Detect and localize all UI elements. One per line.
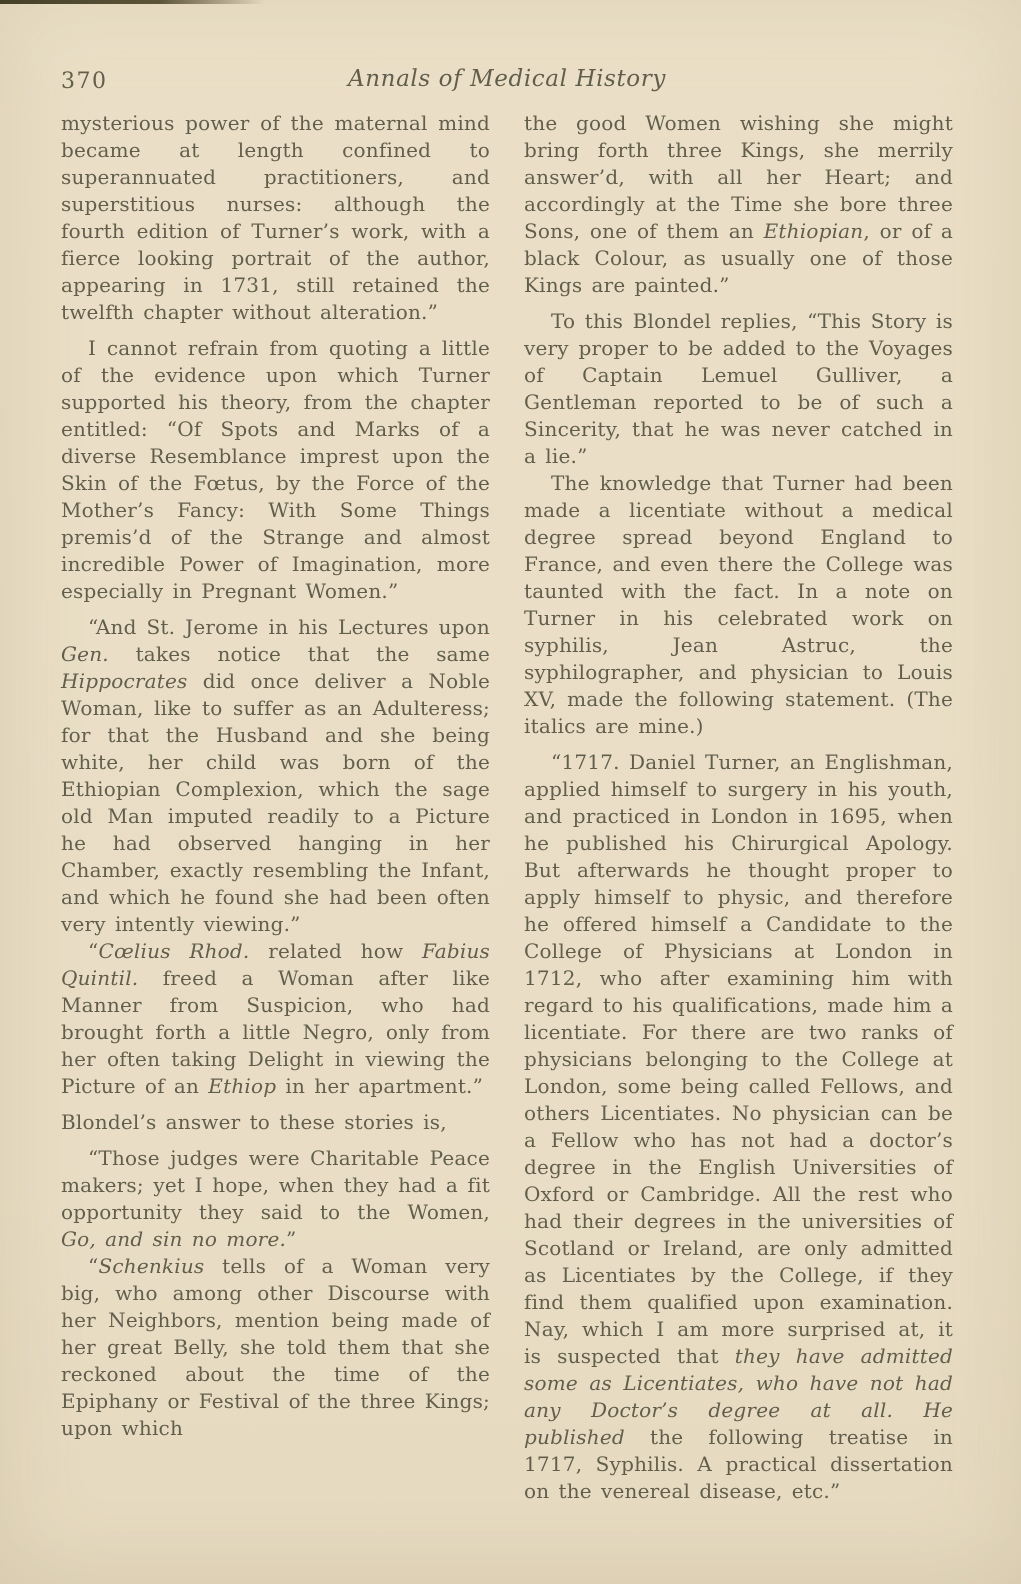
italic-text-segment: Hippoc­rates bbox=[61, 669, 188, 693]
text-segment: tells of a Woman very big, who among oth… bbox=[61, 1254, 490, 1440]
paragraph: To this Blondel replies, “This Story is … bbox=[524, 308, 953, 470]
text-segment: “ bbox=[88, 939, 98, 963]
text-segment: “Those judges were Charitable Peace make… bbox=[61, 1146, 490, 1224]
text-segment: I cannot refrain from quoting a little o… bbox=[61, 336, 490, 603]
paragraph: “Those judges were Charitable Peace make… bbox=[61, 1145, 490, 1253]
text-segment: related how bbox=[250, 939, 423, 963]
running-title: Annals of Medical History bbox=[61, 66, 953, 92]
text-segment: The knowledge that Turner had been made … bbox=[524, 471, 953, 738]
paragraph: the good Women wishing she might bring f… bbox=[524, 110, 953, 299]
text-segment: did once deliver a Noble Woman, like to … bbox=[61, 669, 490, 936]
italic-text-segment: Gen. bbox=[61, 642, 109, 666]
book-page: 370 Annals of Medical History mysterious… bbox=[0, 0, 1021, 1584]
paragraph: “Cœlius Rhod. related how Fabius Quintil… bbox=[61, 938, 490, 1100]
paragraph: Blondel’s answer to these stories is, bbox=[61, 1109, 490, 1136]
paragraph: mysterious power of the maternal mind be… bbox=[61, 110, 490, 326]
italic-text-segment: Cœlius Rhod. bbox=[98, 939, 249, 963]
italic-text-segment: Ethiop bbox=[208, 1074, 276, 1098]
text-segment: “ bbox=[88, 1254, 98, 1278]
paragraph: “And St. Jerome in his Lectures upon Gen… bbox=[61, 614, 490, 938]
text-segment: Blondel’s answer to these stories is, bbox=[61, 1110, 447, 1134]
page-header: 370 Annals of Medical History bbox=[61, 66, 953, 98]
right-column: the good Women wishing she might bring f… bbox=[524, 110, 953, 1505]
italic-text-segment: Go, and sin no more. bbox=[61, 1227, 286, 1251]
text-segment: takes notice that the same bbox=[109, 642, 490, 666]
text-segment: To this Blondel replies, “This Story is … bbox=[524, 309, 953, 468]
text-segment: “And St. Jerome in his Lectures upon bbox=[88, 615, 490, 639]
text-segment: “1717. Daniel Turner, an Englishman, app… bbox=[524, 750, 953, 1368]
paragraph: “Schenkius tells of a Woman very big, wh… bbox=[61, 1253, 490, 1442]
italic-text-segment: Ethiopian bbox=[764, 219, 864, 243]
paragraph: The knowledge that Turner had been made … bbox=[524, 470, 953, 740]
scan-edge-artifact bbox=[0, 0, 265, 4]
paragraph: I cannot refrain from quoting a little o… bbox=[61, 335, 490, 605]
left-column: mysterious power of the maternal mind be… bbox=[61, 110, 490, 1505]
paragraph: “1717. Daniel Turner, an Englishman, app… bbox=[524, 749, 953, 1505]
text-block: mysterious power of the maternal mind be… bbox=[61, 110, 953, 1505]
text-segment: mysterious power of the maternal mind be… bbox=[61, 111, 490, 324]
italic-text-segment: Schenkius bbox=[98, 1254, 204, 1278]
text-segment: ” bbox=[286, 1227, 296, 1251]
scanned-book-page: { "page": { "number": "370", "running_he… bbox=[0, 0, 1021, 1584]
text-segment: in her apartment.” bbox=[276, 1074, 483, 1098]
